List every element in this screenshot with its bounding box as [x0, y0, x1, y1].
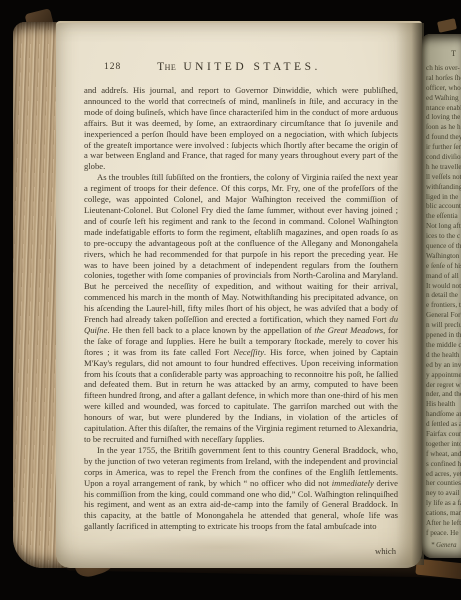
paragraph: As the troubles ſtill ſubſiſted on the f…	[84, 172, 398, 445]
adjacent-text-line: officer, whoſe	[426, 84, 461, 94]
adjacent-text-line: After he left	[426, 519, 461, 529]
page-stain	[372, 143, 412, 443]
adjacent-text-line: der regret wh	[426, 381, 461, 391]
adjacent-text-line: ral horſes ſho	[426, 74, 461, 84]
adjacent-page-text: ch his over-ral horſes ſhoofficer, whoſe…	[422, 64, 461, 539]
page-header: 128 TheUNITED STATES.	[56, 61, 422, 76]
adjacent-text-line: y appointment	[426, 371, 461, 381]
paragraph: In the year 1755, the Britiſh government…	[84, 445, 398, 532]
adjacent-text-line: General Forbes'	[426, 311, 461, 321]
adjacent-text-line: His health	[426, 400, 461, 410]
adjacent-page-footnote-fragment: * Genera	[422, 542, 461, 549]
adjacent-text-line: Fairfax county.	[426, 430, 461, 440]
adjacent-text-line: It would not	[426, 282, 461, 292]
paragraph: and addreſs. His journal, and report to …	[84, 85, 398, 172]
adjacent-text-line: f peace. He	[426, 529, 461, 539]
adjacent-text-line: her counties.	[426, 479, 461, 489]
text-run: and addreſs. His journal, and report to …	[84, 85, 398, 171]
adjacent-text-line: ed Waſhing	[426, 94, 461, 104]
adjacent-text-line: ly life as a fa	[426, 499, 461, 509]
adjacent-text-line: s confined his	[426, 460, 461, 470]
adjacent-text-line: n detail the	[426, 291, 461, 301]
adjacent-text-line: d ſettled as a	[426, 420, 461, 430]
adjacent-text-line: ney to avail	[426, 489, 461, 499]
book-page: 128 TheUNITED STATES. and addreſs. His j…	[56, 21, 422, 568]
adjacent-text-line: handſome and	[426, 410, 461, 420]
adjacent-text-line: n will preclude	[426, 321, 461, 331]
adjacent-text-line: quence of the	[426, 242, 461, 252]
page-body-text: and addreſs. His journal, and report to …	[84, 85, 398, 545]
adjacent-text-line: withſtanding	[426, 183, 461, 193]
adjacent-page-sliver: T ch his over-ral horſes ſhoofficer, who…	[422, 34, 461, 558]
page-stain	[96, 534, 346, 560]
adjacent-text-line: ices to the c	[426, 232, 461, 242]
adjacent-text-line: ll veſſels not	[426, 173, 461, 183]
running-title-main: UNITED STATES.	[183, 61, 321, 73]
adjacent-page-running-title-fragment: T	[422, 49, 458, 58]
book-cover-corner-top	[437, 18, 457, 33]
adjacent-text-line: nder, and the	[426, 390, 461, 400]
adjacent-text-line: f wheat, and	[426, 450, 461, 460]
adjacent-text-line: cond diviſion	[426, 153, 461, 163]
running-title-article: The	[157, 61, 176, 73]
adjacent-text-line: cations, many	[426, 509, 461, 519]
text-run: . He then fell back to a place known by …	[107, 325, 314, 335]
adjacent-text-line: d loving the w	[426, 113, 461, 123]
adjacent-text-line: blic accounts	[426, 202, 461, 212]
adjacent-text-line: d found they	[426, 133, 461, 143]
adjacent-text-line: e frontiers, till	[426, 301, 461, 311]
adjacent-text-line: together into th	[426, 440, 461, 450]
catchword: which	[375, 546, 396, 556]
adjacent-text-line: ppened in the	[426, 331, 461, 341]
adjacent-text-line: ed by an inver	[426, 361, 461, 371]
text-run: . His force, when joined by Captain M'Ka…	[84, 347, 398, 444]
adjacent-text-line: the middle cu	[426, 341, 461, 351]
book-photo: 128 TheUNITED STATES. and addreſs. His j…	[0, 0, 461, 600]
adjacent-text-line: Not long aft	[426, 222, 461, 232]
adjacent-text-line: Waſhington ; a	[426, 252, 461, 262]
adjacent-text-line: d the health u	[426, 351, 461, 361]
italic-phrase: immediately	[332, 478, 374, 488]
adjacent-text-line: the eſſentia	[426, 212, 461, 222]
adjacent-text-line: mand of all	[426, 272, 461, 282]
adjacent-text-line: h he travelled	[426, 163, 461, 173]
adjacent-text-line: ſoon as he h	[426, 123, 461, 133]
page-number: 128	[104, 62, 121, 72]
adjacent-text-line: ch his over-	[426, 64, 461, 74]
italic-phrase: Neceſſity	[233, 347, 264, 357]
adjacent-text-line: ntance enable	[426, 104, 461, 114]
adjacent-text-line: liged in the	[426, 193, 461, 203]
adjacent-text-line: ir further ſer	[426, 143, 461, 153]
adjacent-text-line: e ſenſe of his	[426, 262, 461, 272]
text-run: As the troubles ſtill ſubſiſted on the f…	[84, 172, 398, 324]
adjacent-text-line: ed acres, yet	[426, 470, 461, 480]
